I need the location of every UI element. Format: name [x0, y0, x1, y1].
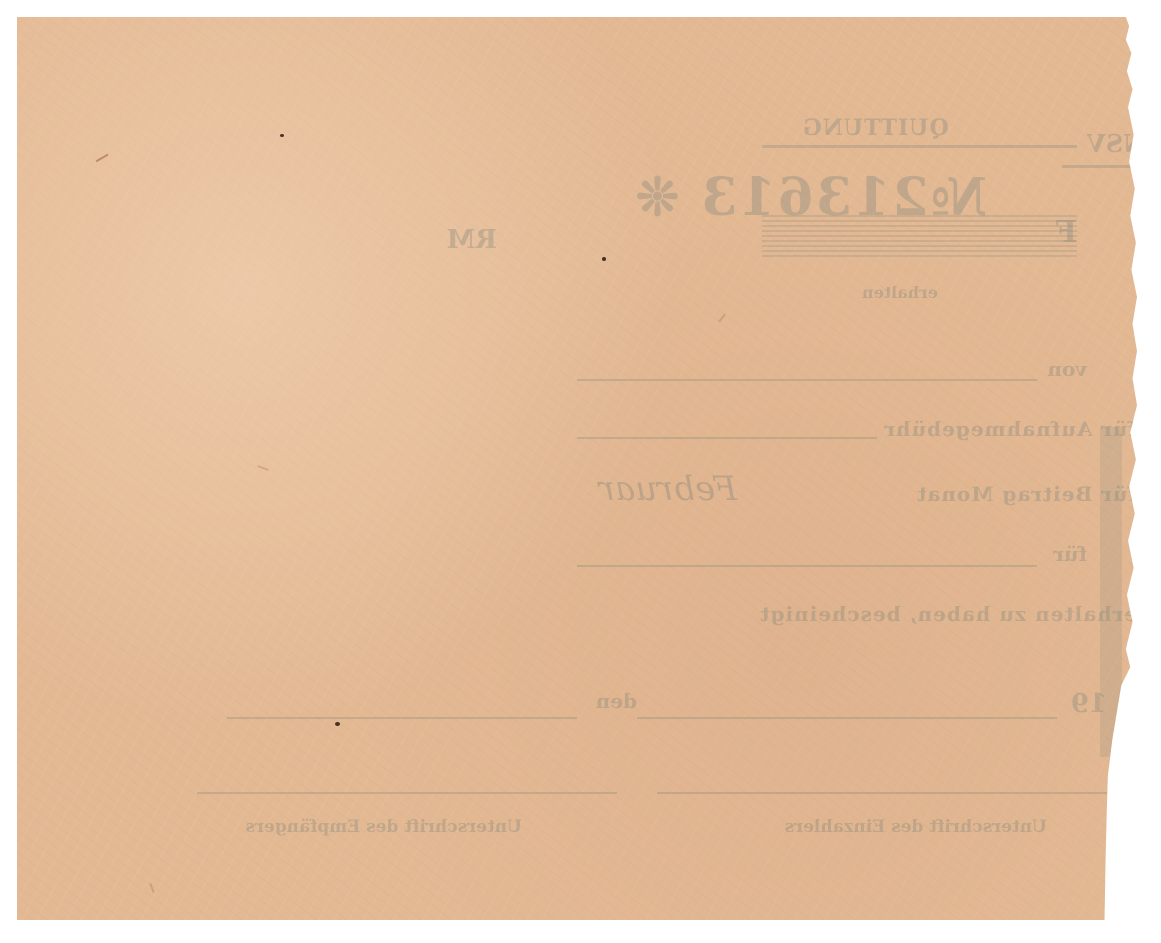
paper-speck	[280, 134, 284, 137]
contribution-value: Februar	[599, 469, 737, 509]
other-label: für	[1053, 542, 1087, 566]
admission-fee-line	[577, 437, 877, 439]
stub-title: QUITTUNG	[802, 115, 949, 141]
paper-speck	[335, 722, 340, 726]
confirmation-text: erhalten zu haben, bescheinigt	[759, 602, 1137, 626]
stub-amount-caption: erhalten	[862, 283, 938, 302]
other-line	[577, 565, 1037, 567]
place-line	[227, 717, 577, 719]
receiver-signature-caption: Unterschrift des Empfängers	[245, 817, 522, 837]
stub-rule	[762, 145, 1077, 148]
payer-signature-line	[657, 792, 1107, 794]
place-date-label: den	[596, 689, 637, 713]
from-label: von	[1047, 357, 1087, 381]
series-label: NSV	[1087, 129, 1145, 158]
receipt-paper: QUITTUNG RM erhalten №213613 ❊ NSV F von…	[17, 17, 1137, 920]
receiver-signature-line	[197, 792, 617, 794]
paper-speck	[602, 257, 606, 261]
prefix-letter: F	[1056, 215, 1077, 250]
admission-fee-label: für Aufnahmegebühr	[883, 417, 1137, 441]
from-line	[577, 379, 1037, 381]
perforation-strip	[1100, 427, 1122, 757]
stub-currency: RM	[447, 225, 497, 255]
serial-number: №213613 ❊	[634, 167, 987, 228]
payer-signature-caption: Unterschrift des Einzahlers	[785, 817, 1047, 837]
series-rule	[1062, 165, 1147, 168]
bleed-through-layer: QUITTUNG RM erhalten №213613 ❊ NSV F von…	[17, 17, 1137, 920]
date-line	[637, 717, 1057, 719]
